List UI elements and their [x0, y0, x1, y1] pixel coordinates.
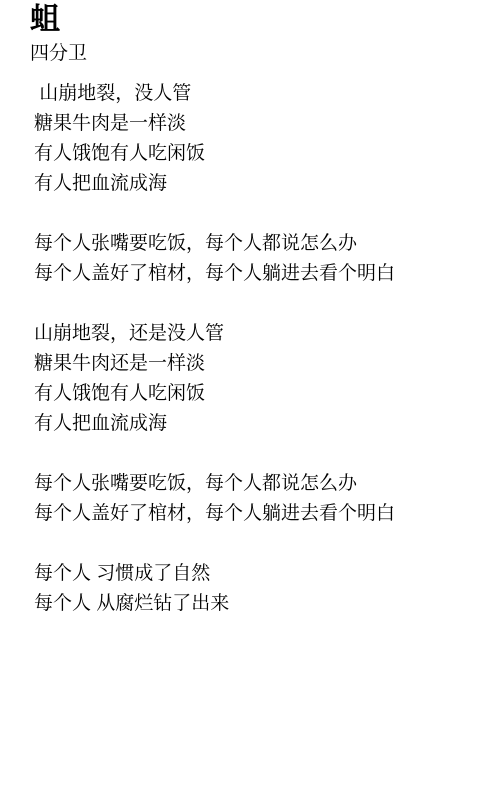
lyric-line: 每个人 从腐烂钻了出来 [34, 589, 470, 619]
lyric-line: 每个人盖好了棺材，每个人躺进去看个明白 [34, 499, 470, 529]
lyric-line: 有人饿饱有人吃闲饭 [34, 139, 470, 169]
lyric-line: 有人把血流成海 [34, 409, 470, 439]
stanza: 每个人张嘴要吃饭，每个人都说怎么办 每个人盖好了棺材，每个人躺进去看个明白 [34, 469, 470, 529]
lyric-line: 有人把血流成海 [34, 169, 470, 199]
lyric-line: 有人饿饱有人吃闲饭 [34, 379, 470, 409]
lyric-line: 每个人 习惯成了自然 [34, 559, 470, 589]
lyric-line: 山崩地裂，没人管 [34, 79, 470, 109]
artist-name: 四分卫 [30, 41, 470, 67]
stanza: 山崩地裂，没人管 糖果牛肉是一样淡 有人饿饱有人吃闲饭 有人把血流成海 [34, 79, 470, 199]
song-title: 蛆 [30, 1, 470, 39]
lyric-line: 每个人张嘴要吃饭，每个人都说怎么办 [34, 229, 470, 259]
stanza: 山崩地裂，还是没人管 糖果牛肉还是一样淡 有人饿饱有人吃闲饭 有人把血流成海 [34, 319, 470, 439]
content-container: 蛆 四分卫 山崩地裂，没人管 糖果牛肉是一样淡 有人饿饱有人吃闲饭 有人把血流成… [0, 0, 500, 619]
lyric-line: 糖果牛肉还是一样淡 [34, 349, 470, 379]
lyric-line: 每个人盖好了棺材，每个人躺进去看个明白 [34, 259, 470, 289]
lyric-line: 每个人张嘴要吃饭，每个人都说怎么办 [34, 469, 470, 499]
stanza: 每个人 习惯成了自然 每个人 从腐烂钻了出来 [34, 559, 470, 619]
lyric-line: 糖果牛肉是一样淡 [34, 109, 470, 139]
lyrics-page: 蛆 四分卫 山崩地裂，没人管 糖果牛肉是一样淡 有人饿饱有人吃闲饭 有人把血流成… [0, 0, 500, 790]
lyrics: 山崩地裂，没人管 糖果牛肉是一样淡 有人饿饱有人吃闲饭 有人把血流成海 每个人张… [34, 79, 470, 619]
stanza: 每个人张嘴要吃饭，每个人都说怎么办 每个人盖好了棺材，每个人躺进去看个明白 [34, 229, 470, 289]
lyric-line: 山崩地裂，还是没人管 [34, 319, 470, 349]
